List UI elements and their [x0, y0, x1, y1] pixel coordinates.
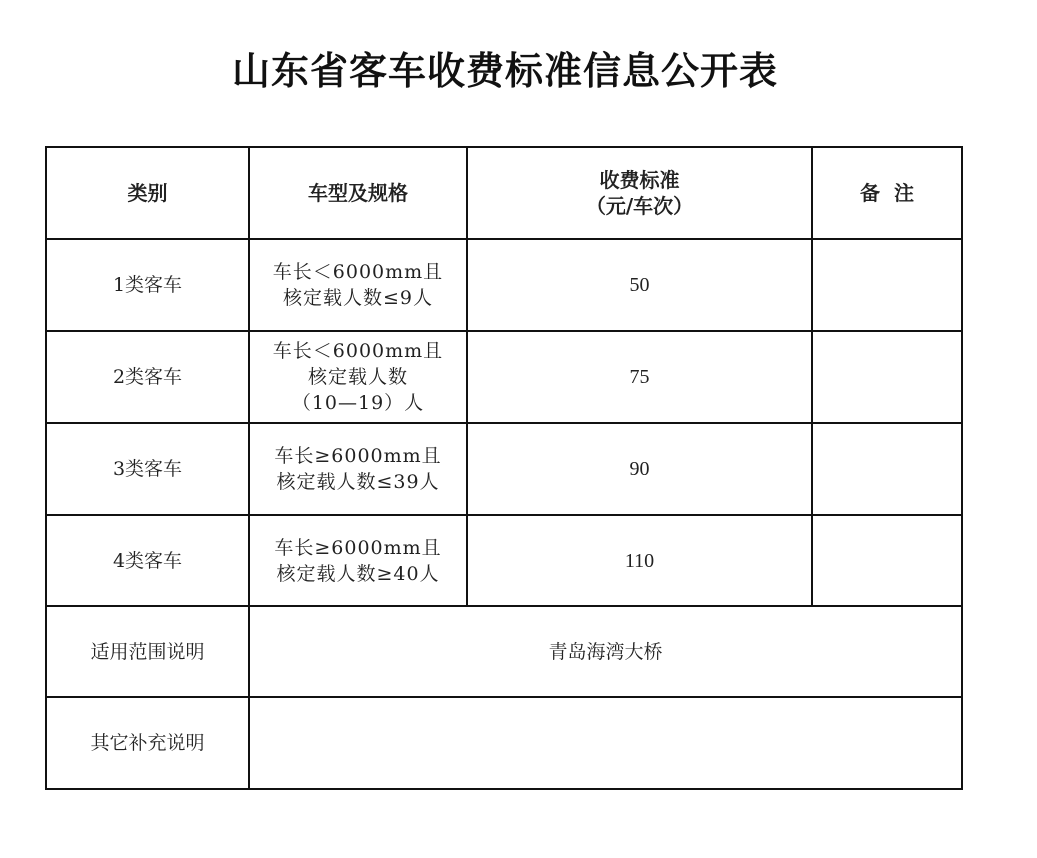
spec-line: 车长＜6000mm且 — [250, 259, 466, 285]
other-label: 其它补充说明 — [46, 697, 249, 789]
row-category: 4类客车 — [46, 515, 249, 606]
table-row: 1类客车 车长＜6000mm且 核定载人数≤9人 50 — [46, 239, 962, 331]
row-category: 3类客车 — [46, 423, 249, 515]
scope-value: 青岛海湾大桥 — [249, 606, 962, 697]
scope-row: 适用范围说明 青岛海湾大桥 — [46, 606, 962, 697]
spec-line: 核定载人数≤39人 — [250, 469, 466, 495]
spec-line: （10—19）人 — [250, 390, 466, 416]
row-fee: 75 — [467, 331, 812, 423]
row-category: 2类客车 — [46, 331, 249, 423]
spec-line: 核定载人数 — [250, 364, 466, 390]
fee-table: 类别 车型及规格 收费标准 （元/车次） 备 注 1类客车 车长＜6000mm且… — [45, 146, 963, 790]
row-category: 1类客车 — [46, 239, 249, 331]
other-value — [249, 697, 962, 789]
row-remarks — [812, 331, 962, 423]
other-row: 其它补充说明 — [46, 697, 962, 789]
spec-line: 车长＜6000mm且 — [250, 338, 466, 364]
row-spec: 车长＜6000mm且 核定载人数 （10—19）人 — [249, 331, 467, 423]
row-remarks — [812, 515, 962, 606]
spec-line: 车长≥6000mm且 — [250, 443, 466, 469]
scope-label: 适用范围说明 — [46, 606, 249, 697]
row-spec: 车长≥6000mm且 核定载人数≥40人 — [249, 515, 467, 606]
row-remarks — [812, 239, 962, 331]
row-spec: 车长＜6000mm且 核定载人数≤9人 — [249, 239, 467, 331]
header-remarks: 备 注 — [812, 147, 962, 239]
header-fee-line2: （元/车次） — [468, 193, 811, 219]
header-fee-line1: 收费标准 — [468, 167, 811, 193]
row-fee: 110 — [467, 515, 812, 606]
header-category: 类别 — [46, 147, 249, 239]
table-row: 3类客车 车长≥6000mm且 核定载人数≤39人 90 — [46, 423, 962, 515]
table-row: 2类客车 车长＜6000mm且 核定载人数 （10—19）人 75 — [46, 331, 962, 423]
document-title: 山东省客车收费标准信息公开表 — [0, 40, 1010, 95]
spec-line: 核定载人数≤9人 — [250, 285, 466, 311]
table-header-row: 类别 车型及规格 收费标准 （元/车次） 备 注 — [46, 147, 962, 239]
spec-line: 车长≥6000mm且 — [250, 535, 466, 561]
row-fee: 90 — [467, 423, 812, 515]
spec-line: 核定载人数≥40人 — [250, 561, 466, 587]
header-spec: 车型及规格 — [249, 147, 467, 239]
row-spec: 车长≥6000mm且 核定载人数≤39人 — [249, 423, 467, 515]
row-fee: 50 — [467, 239, 812, 331]
header-fee: 收费标准 （元/车次） — [467, 147, 812, 239]
table-row: 4类客车 车长≥6000mm且 核定载人数≥40人 110 — [46, 515, 962, 606]
row-remarks — [812, 423, 962, 515]
